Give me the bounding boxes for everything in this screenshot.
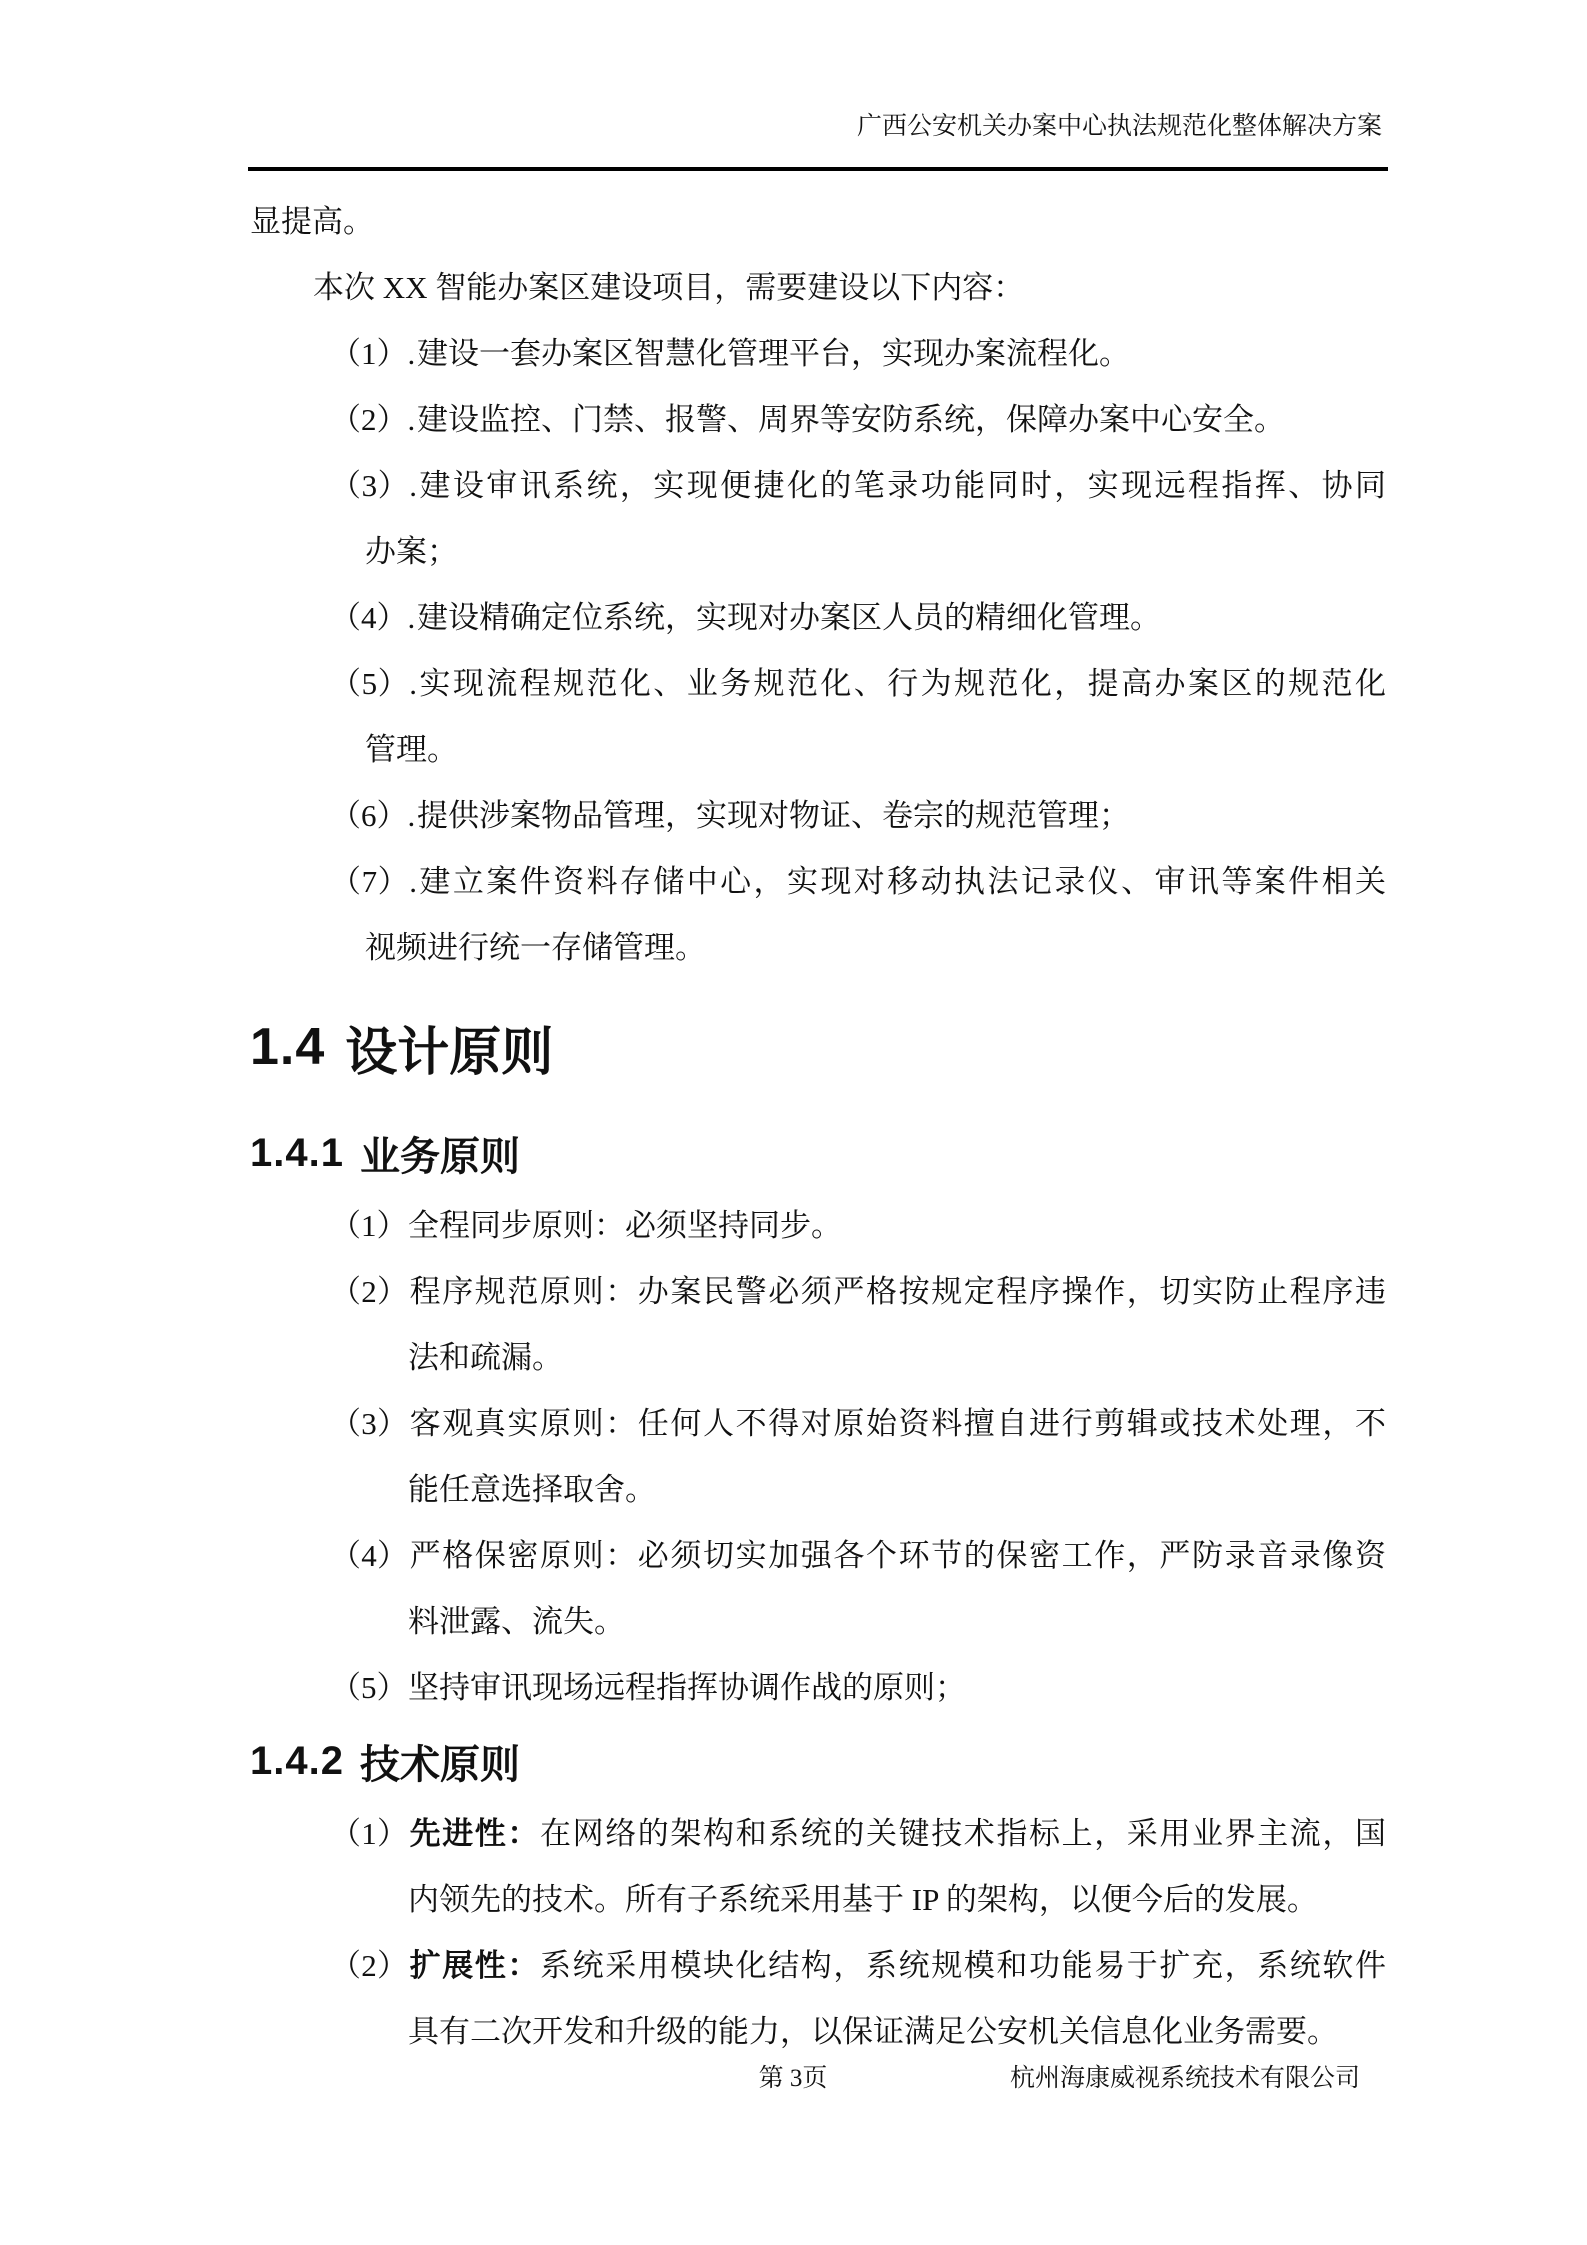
list-item-line: 料泄露、流失。: [250, 1589, 1386, 1655]
section-heading-1-4: 1.4 设计原则: [250, 981, 1386, 1113]
list-item-text: 系统采用模块化结构，系统规模和功能易于扩充，系统软件: [540, 1948, 1386, 1983]
page-footer: 第 3页 杭州海康威视系统技术有限公司: [0, 2058, 1587, 2098]
list-item-number: （2）: [330, 1259, 408, 1325]
list-item-keyword: 先进性：: [408, 1816, 540, 1851]
heading-number: 1.4: [250, 1017, 325, 1077]
list-item-line: 办案；: [250, 519, 1386, 585]
list-item-text: 建设精确定位系统，实现对办案区人员的精细化管理。: [417, 600, 1161, 635]
list-item-keyword: 扩展性：: [408, 1948, 540, 1983]
list-item: （4）严格保密原则：必须切实加强各个环节的保密工作，严防录音录像资: [250, 1523, 1386, 1589]
list-item: （2）.建设监控、门禁、报警、周界等安防系统，保障办案中心安全。: [250, 387, 1386, 453]
list-item: （3）.建设审讯系统，实现便捷化的笔录功能同时，实现远程指挥、协同: [250, 453, 1386, 519]
list-item-text: 建设监控、门禁、报警、周界等安防系统，保障办案中心安全。: [417, 402, 1285, 437]
list-item-line: 法和疏漏。: [250, 1325, 1386, 1391]
footer-page-number: 第 3页: [759, 2058, 828, 2094]
list-item-text: 客观真实原则：任何人不得对原始资料擅自进行剪辑或技术处理，不: [408, 1406, 1386, 1441]
list-item: （1）全程同步原则：必须坚持同步。: [250, 1193, 1386, 1259]
list-item-text: 全程同步原则：必须坚持同步。: [408, 1208, 842, 1243]
list-item: （5）.实现流程规范化、业务规范化、行为规范化，提高办案区的规范化: [250, 651, 1386, 717]
list-item: （2）扩展性：系统采用模块化结构，系统规模和功能易于扩充，系统软件: [250, 1933, 1386, 1999]
list-item: （7）.建立案件资料存储中心，实现对移动执法记录仪、审讯等案件相关: [250, 849, 1386, 915]
list-item-text: 建设审讯系统，实现便捷化的笔录功能同时，实现远程指挥、协同: [417, 468, 1386, 503]
document-page: 广西公安机关办案中心执法规范化整体解决方案 显提高。 本次 XX 智能办案区建设…: [0, 0, 1587, 2245]
heading-number: 1.4.1: [250, 1131, 344, 1176]
list-item-line: 能任意选择取舍。: [250, 1457, 1386, 1523]
list-item: （1）先进性：在网络的架构和系统的关键技术指标上，采用业界主流，国: [250, 1801, 1386, 1867]
heading-title: 设计原则: [345, 1010, 553, 1085]
list-item-number: （6）.: [330, 783, 417, 849]
paragraph-intro: 本次 XX 智能办案区建设项目，需要建设以下内容：: [250, 255, 1386, 321]
list-item: （2）程序规范原则：办案民警必须严格按规定程序操作，切实防止程序违: [250, 1259, 1386, 1325]
list-item-text: 程序规范原则：办案民警必须严格按规定程序操作，切实防止程序违: [408, 1274, 1386, 1309]
list-item-text: 在网络的架构和系统的关键技术指标上，采用业界主流，国: [540, 1816, 1386, 1851]
list-item: （1）.建设一套办案区智慧化管理平台，实现办案流程化。: [250, 321, 1386, 387]
list-item-line: 内领先的技术。所有子系统采用基于 IP 的架构，以便今后的发展。: [250, 1867, 1386, 1933]
section-heading-1-4-1: 1.4.1 业务原则: [250, 1113, 1386, 1193]
list-item-number: （5）: [330, 1655, 408, 1721]
section-heading-1-4-2: 1.4.2 技术原则: [250, 1721, 1386, 1801]
list-item-number: （3）: [330, 1391, 408, 1457]
header-rule: [248, 167, 1388, 171]
heading-title: 业务原则: [360, 1125, 520, 1182]
list-item-number: （5）.: [330, 651, 417, 717]
list-item-text: 提供涉案物品管理，实现对物证、卷宗的规范管理；: [417, 798, 1130, 833]
list-item-text: 坚持审讯现场远程指挥协调作战的原则；: [408, 1670, 966, 1705]
list-item-line: 具有二次开发和升级的能力，以保证满足公安机关信息化业务需要。: [250, 1999, 1386, 2065]
list-item: （5）坚持审讯现场远程指挥协调作战的原则；: [250, 1655, 1386, 1721]
list-item-number: （1）: [330, 1193, 408, 1259]
document-body: 显提高。 本次 XX 智能办案区建设项目，需要建设以下内容： （1）.建设一套办…: [250, 189, 1386, 2065]
list-item-number: （2）: [330, 1933, 408, 1999]
list-item-line: 视频进行统一存储管理。: [250, 915, 1386, 981]
paragraph-continuation: 显提高。: [250, 189, 1386, 255]
list-item-text: 严格保密原则：必须切实加强各个环节的保密工作，严防录音录像资: [408, 1538, 1386, 1573]
footer-company-name: 杭州海康威视系统技术有限公司: [1010, 2058, 1360, 2094]
list-item: （6）.提供涉案物品管理，实现对物证、卷宗的规范管理；: [250, 783, 1386, 849]
list-item-number: （1）.: [330, 321, 417, 387]
list-item: （4）.建设精确定位系统，实现对办案区人员的精细化管理。: [250, 585, 1386, 651]
list-item: （3）客观真实原则：任何人不得对原始资料擅自进行剪辑或技术处理，不: [250, 1391, 1386, 1457]
list-item-text: 建设一套办案区智慧化管理平台，实现办案流程化。: [417, 336, 1130, 371]
list-item-number: （2）.: [330, 387, 417, 453]
list-item-text: 建立案件资料存储中心，实现对移动执法记录仪、审讯等案件相关: [417, 864, 1386, 899]
heading-title: 技术原则: [360, 1733, 520, 1790]
list-item-number: （4）.: [330, 585, 417, 651]
list-item-number: （3）.: [330, 453, 417, 519]
list-item-number: （4）: [330, 1523, 408, 1589]
header-title: 广西公安机关办案中心执法规范化整体解决方案: [857, 112, 1382, 142]
list-item-text: 实现流程规范化、业务规范化、行为规范化，提高办案区的规范化: [417, 666, 1386, 701]
list-item-number: （7）.: [330, 849, 417, 915]
list-item-line: 管理。: [250, 717, 1386, 783]
list-item-number: （1）: [330, 1801, 408, 1867]
heading-number: 1.4.2: [250, 1739, 344, 1784]
